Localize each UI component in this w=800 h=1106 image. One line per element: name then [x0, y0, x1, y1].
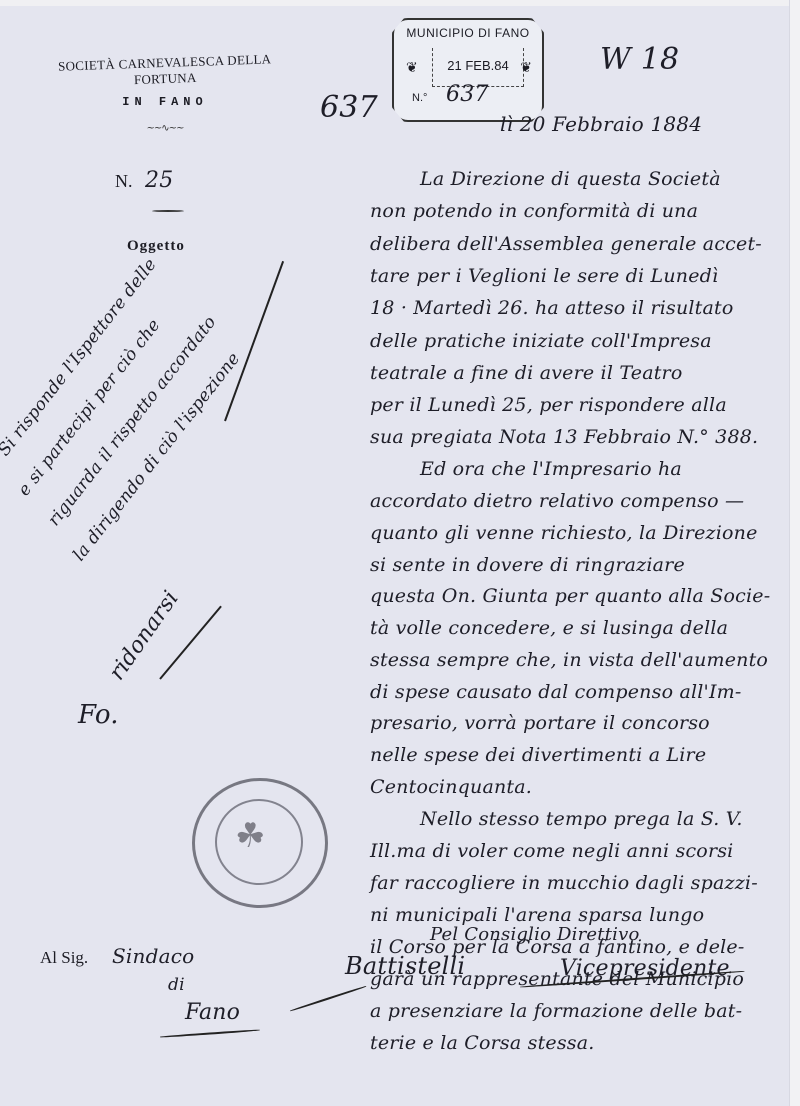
body-line: 18 · Martedì 26. ha atteso il risultato	[370, 297, 734, 319]
stamp-reg-number: 637	[446, 82, 489, 107]
body-line: quanto gli venne richiesto, la Direzione	[370, 522, 758, 544]
subject-label: Oggetto	[127, 238, 185, 255]
body-line: sua pregiata Nota 13 Febbraio N.° 388.	[370, 426, 758, 448]
letterhead: SOCIETÀ CARNEVALESCA DELLA FORTUNA IN FA…	[40, 55, 290, 134]
stamp-reg-label: N.°	[412, 92, 427, 104]
number-prefix: N.	[115, 171, 133, 191]
body-line: si sente in dovere di ringraziare	[370, 554, 685, 576]
body-line: Nello stesso tempo prega la S. V.	[420, 808, 743, 830]
margin-note-initial: Fo.	[78, 700, 119, 730]
body-line: Centocinquanta.	[370, 776, 532, 798]
letter-number: N. 25	[115, 168, 173, 193]
body-line: ni municipali l'arena sparsa lungo	[370, 904, 704, 926]
body-line: accordato dietro relativo compenso —	[370, 490, 744, 512]
addressee-prefix: Al Sig.	[40, 948, 88, 968]
body-line: teatrale a fine di avere il Teatro	[370, 362, 682, 384]
letterhead-location: IN FANO	[40, 95, 290, 109]
stamp-ornament-icon: ❦	[406, 60, 418, 76]
separator-line	[152, 210, 184, 212]
body-line: delibera dell'Assemblea generale accet-	[370, 233, 762, 255]
stamp-date: 21 FEB.84	[433, 58, 523, 73]
body-line: Ed ora che l'Impresario ha	[420, 458, 682, 480]
body-line: per il Lunedì 25, per rispondere alla	[370, 394, 727, 416]
stamp-ornament-icon: ❦	[520, 60, 532, 76]
body-line: a presenziare la formazione delle bat-	[370, 1000, 742, 1022]
body-line: di spese causato dal compenso all'Im-	[370, 681, 742, 703]
municipal-stamp: MUNICIPIO DI FANO ❦ 21 FEB.84 ❦ N.° 637	[392, 18, 544, 122]
society-name: SOCIETÀ CARNEVALESCA DELLA FORTUNA	[40, 51, 291, 92]
protocol-number-left: 637	[320, 90, 378, 125]
body-line: non potendo in conformità di una	[370, 200, 698, 222]
body-line: nelle spese dei divertimenti a Lire	[370, 744, 706, 766]
body-line: terie e la Corsa stessa.	[370, 1032, 595, 1054]
closing-council: Pel Consiglio Direttivo	[430, 924, 640, 945]
number-value: 25	[145, 168, 173, 193]
body-line: stessa sempre che, in vista dell'aumento	[370, 649, 768, 671]
body-line: presario, vorrà portare il concorso	[370, 712, 710, 734]
body-line: tare per i Veglioni le sere di Lunedì	[370, 265, 718, 287]
addressee-city: Fano	[185, 1000, 240, 1025]
page-right-edge	[789, 0, 800, 1106]
protocol-number-right: W 18	[600, 42, 679, 77]
body-line: Ill.ma di voler come negli anni scorsi	[370, 840, 733, 862]
page-top-edge	[0, 0, 800, 6]
addressee-of: di	[168, 975, 185, 995]
letter-date: lì 20 Febbraio 1884	[500, 112, 702, 136]
signature-name: Battistelli	[345, 952, 465, 980]
addressee-title: Sindaco	[112, 944, 194, 968]
body-line: delle pratiche iniziate coll'Impresa	[370, 330, 712, 352]
society-seal: ☘	[192, 778, 328, 908]
body-line: questa On. Giunta per quanto alla Socie-	[370, 585, 770, 607]
body-line: La Direzione di questa Società	[420, 168, 721, 190]
flourish-ornament: ~~∿~~	[40, 123, 290, 134]
seal-figure-icon: ☘	[235, 816, 265, 856]
body-line: tà volle concedere, e si lusinga della	[370, 617, 728, 639]
stamp-title: MUNICIPIO DI FANO	[394, 26, 542, 40]
body-line: far raccogliere in mucchio dagli spazzi-	[370, 872, 758, 894]
